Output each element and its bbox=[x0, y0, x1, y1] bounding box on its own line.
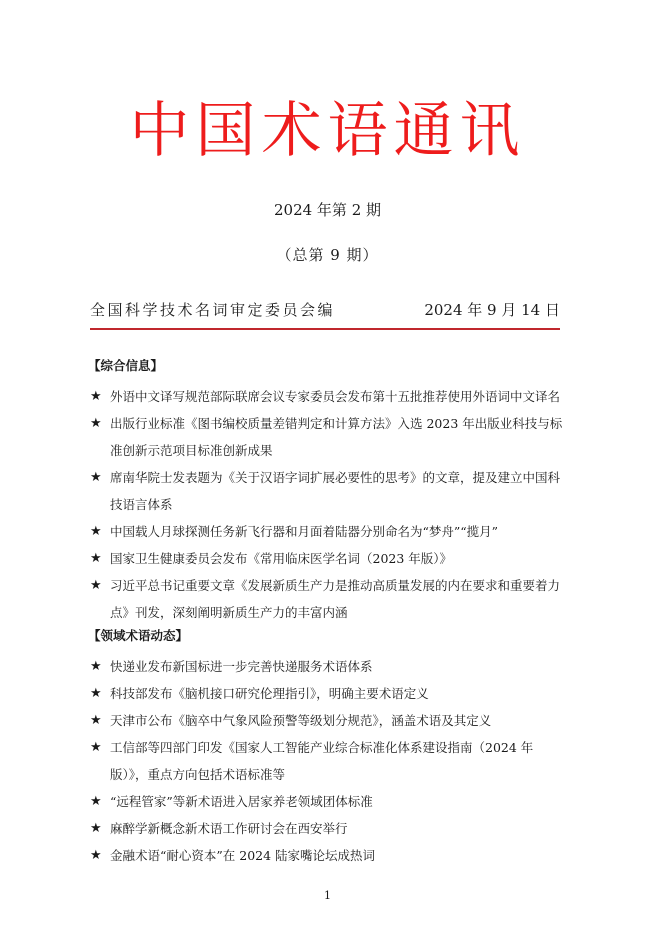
star-bullet-icon: ★ bbox=[90, 815, 110, 842]
star-bullet-icon: ★ bbox=[90, 383, 110, 410]
star-bullet-icon: ★ bbox=[90, 410, 110, 464]
item-text: 席南华院士发表题为《关于汉语字词扩展必要性的思考》的文章，提及建立中国科技语言体… bbox=[110, 464, 570, 518]
list-item: ★国家卫生健康委员会发布《常用临床医学名词（2023 年版）》 bbox=[90, 545, 570, 572]
item-text: 国家卫生健康委员会发布《常用临床医学名词（2023 年版）》 bbox=[110, 545, 570, 572]
section-domain-terminology: 【领域术语动态】 ★快递业发布新国标进一步完善快递服务术语体系 ★科技部发布《脑… bbox=[90, 626, 570, 869]
star-bullet-icon: ★ bbox=[90, 572, 110, 626]
section-heading: 【综合信息】 bbox=[88, 356, 570, 376]
list-item: ★天津市公布《脑卒中气象风险预警等级划分规范》，涵盖术语及其定义 bbox=[90, 707, 570, 734]
star-bullet-icon: ★ bbox=[90, 518, 110, 545]
item-text: 出版行业标准《图书编校质量差错判定和计算方法》入选 2023 年出版业科技与标准… bbox=[110, 410, 570, 464]
star-bullet-icon: ★ bbox=[90, 734, 110, 788]
list-item: ★外语中文译写规范部际联席会议专家委员会发布第十五批推荐使用外语词中文译名 bbox=[90, 383, 570, 410]
list-item: ★席南华院士发表题为《关于汉语字词扩展必要性的思考》的文章，提及建立中国科技语言… bbox=[90, 464, 570, 518]
newsletter-title: 中国术语通讯 bbox=[0, 96, 655, 166]
list-item: ★科技部发布《脑机接口研究伦理指引》，明确主要术语定义 bbox=[90, 680, 570, 707]
page-number: 1 bbox=[0, 889, 655, 902]
item-text: 外语中文译写规范部际联席会议专家委员会发布第十五批推荐使用外语词中文译名 bbox=[110, 383, 570, 410]
item-text: 习近平总书记重要文章《发展新质生产力是推动高质量发展的内在要求和重要着力点》刊发… bbox=[110, 572, 570, 626]
list-item: ★“远程管家”等新术语进入居家养老领域团体标准 bbox=[90, 788, 570, 815]
star-bullet-icon: ★ bbox=[90, 680, 110, 707]
item-text: 科技部发布《脑机接口研究伦理指引》，明确主要术语定义 bbox=[110, 680, 570, 707]
star-bullet-icon: ★ bbox=[90, 707, 110, 734]
list-item: ★出版行业标准《图书编校质量差错判定和计算方法》入选 2023 年出版业科技与标… bbox=[90, 410, 570, 464]
list-item: ★快递业发布新国标进一步完善快递服务术语体系 bbox=[90, 653, 570, 680]
star-bullet-icon: ★ bbox=[90, 545, 110, 572]
item-text: 快递业发布新国标进一步完善快递服务术语体系 bbox=[110, 653, 570, 680]
item-text: 天津市公布《脑卒中气象风险预警等级划分规范》，涵盖术语及其定义 bbox=[110, 707, 570, 734]
item-text: 麻醉学新概念新术语工作研讨会在西安举行 bbox=[110, 815, 570, 842]
item-text: 中国载人月球探测任务新飞行器和月面着陆器分别命名为“梦舟”“揽月” bbox=[110, 518, 570, 545]
table-of-contents: 【综合信息】 ★外语中文译写规范部际联席会议专家委员会发布第十五批推荐使用外语词… bbox=[90, 356, 570, 869]
star-bullet-icon: ★ bbox=[90, 842, 110, 869]
list-item: ★工信部等四部门印发《国家人工智能产业综合标准化体系建设指南（2024 年版）》… bbox=[90, 734, 570, 788]
list-item: ★金融术语“耐心资本”在 2024 陆家嘴论坛成热词 bbox=[90, 842, 570, 869]
list-item: ★麻醉学新概念新术语工作研讨会在西安举行 bbox=[90, 815, 570, 842]
star-bullet-icon: ★ bbox=[90, 653, 110, 680]
star-bullet-icon: ★ bbox=[90, 788, 110, 815]
header-divider bbox=[90, 328, 560, 330]
section-heading: 【领域术语动态】 bbox=[88, 626, 570, 646]
issue-number: 2024 年第 2 期 bbox=[0, 200, 655, 220]
star-bullet-icon: ★ bbox=[90, 464, 110, 518]
item-text: 工信部等四部门印发《国家人工智能产业综合标准化体系建设指南（2024 年版）》，… bbox=[110, 734, 570, 788]
list-item: ★中国载人月球探测任务新飞行器和月面着陆器分别命名为“梦舟”“揽月” bbox=[90, 518, 570, 545]
publish-date: 2024 年 9 月 14 日 bbox=[424, 299, 560, 320]
total-issue-number: （总第 9 期） bbox=[0, 245, 655, 265]
item-text: 金融术语“耐心资本”在 2024 陆家嘴论坛成热词 bbox=[110, 842, 570, 869]
item-text: “远程管家”等新术语进入居家养老领域团体标准 bbox=[110, 788, 570, 815]
section-general-info: 【综合信息】 ★外语中文译写规范部际联席会议专家委员会发布第十五批推荐使用外语词… bbox=[90, 356, 570, 626]
editor-line: 全国科学技术名词审定委员会编 bbox=[90, 299, 335, 320]
list-item: ★习近平总书记重要文章《发展新质生产力是推动高质量发展的内在要求和重要着力点》刊… bbox=[90, 572, 570, 626]
